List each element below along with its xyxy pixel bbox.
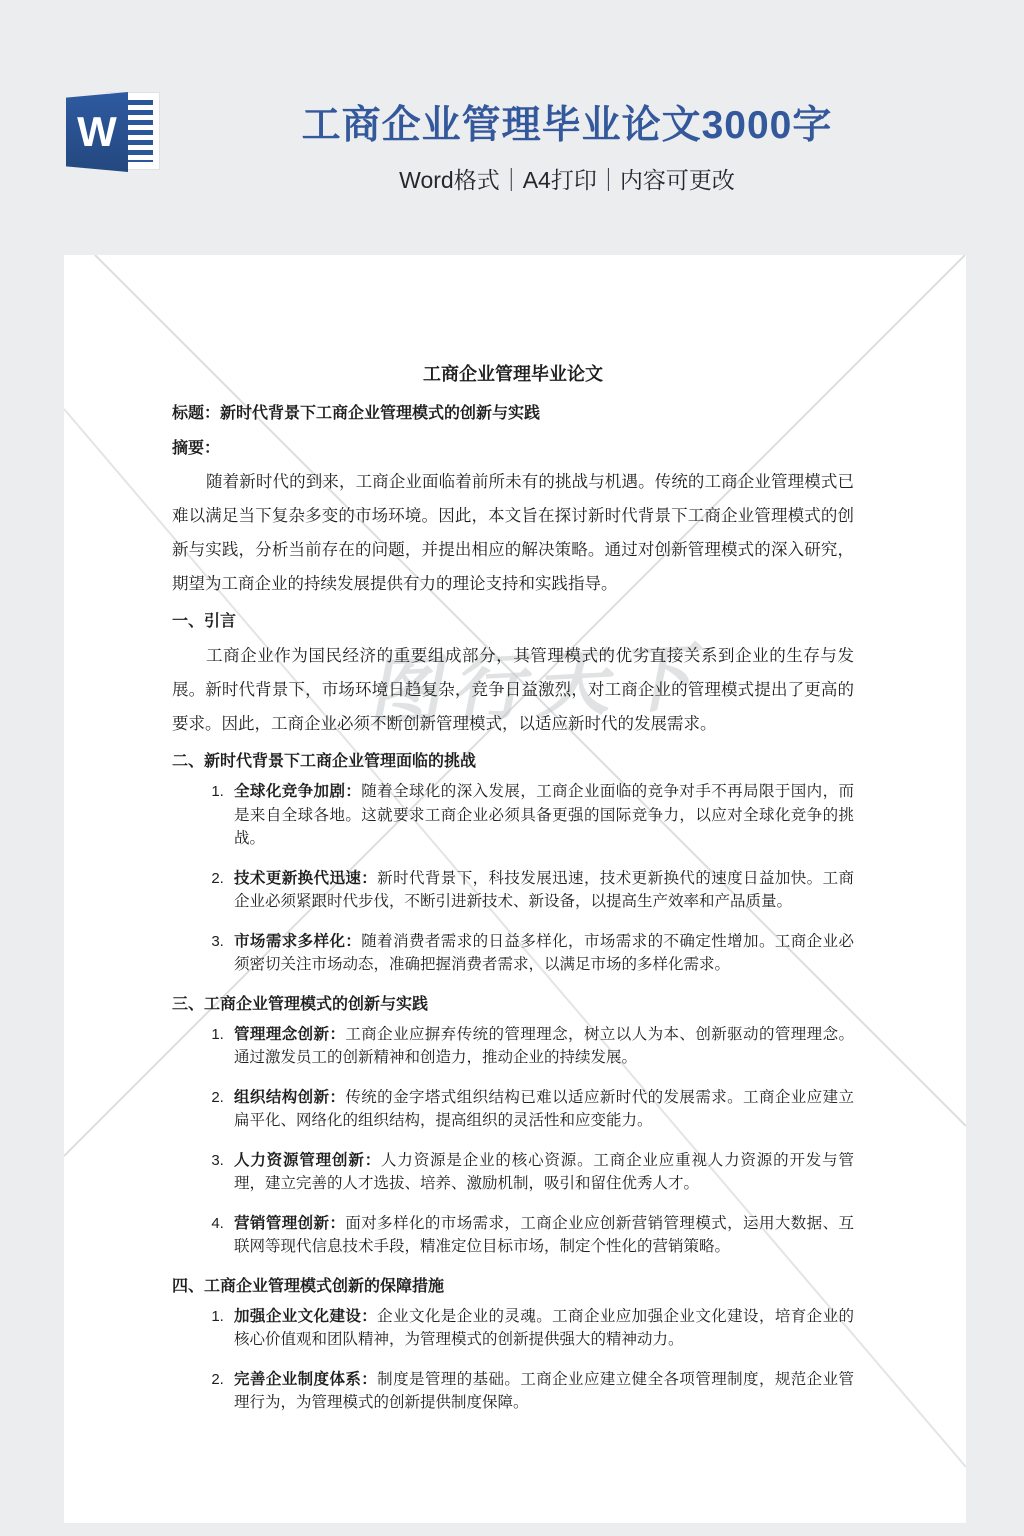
section-innovation-practice: 三、工商企业管理模式的创新与实践 管理理念创新：工商企业应摒弃传统的管理理念，树… <box>172 993 854 1259</box>
section-challenges: 二、新时代背景下工商企业管理面临的挑战 全球化竞争加剧：随着全球化的深入发展，工… <box>172 750 854 977</box>
list-item: 营销管理创新：面对多样化的市场需求，工商企业应创新营销管理模式，运用大数据、互联… <box>228 1212 854 1259</box>
innovation-list: 管理理念创新：工商企业应摒弃传统的管理理念，树立以人为本、创新驱动的管理理念。通… <box>172 1023 854 1259</box>
list-item: 技术更新换代迅速：新时代背景下，科技发展迅速，技术更新换代的速度日益加快。工商企… <box>228 867 854 914</box>
section-heading: 一、引言 <box>172 610 854 634</box>
list-item: 市场需求多样化：随着消费者需求的日益多样化，市场需求的不确定性增加。工商企业必须… <box>228 930 854 977</box>
section-safeguards: 四、工商企业管理模式创新的保障措施 加强企业文化建设：企业文化是企业的灵魂。工商… <box>172 1275 854 1415</box>
item-lead: 人力资源管理创新： <box>234 1152 381 1169</box>
section-paragraph: 工商企业作为国民经济的重要组成部分，其管理模式的优劣直接关系到企业的生存与发展。… <box>172 639 854 741</box>
document-content: 工商企业管理毕业论文 标题：新时代背景下工商企业管理模式的创新与实践 摘要： 随… <box>172 255 854 1431</box>
list-item: 人力资源管理创新：人力资源是企业的核心资源。工商企业应重视人力资源的开发与管理，… <box>228 1149 854 1196</box>
page-background: { "header": { "title": "工商企业管理毕业论文3000字"… <box>0 0 1024 1536</box>
section-heading: 三、工商企业管理模式的创新与实践 <box>172 993 854 1017</box>
page-title: 工商企业管理毕业论文3000字 <box>110 94 1024 150</box>
header: W 工商企业管理毕业论文3000字 Word格式｜A4打印｜内容可更改 <box>0 0 1024 255</box>
item-lead: 营销管理创新： <box>234 1215 345 1232</box>
section-introduction: 一、引言 工商企业作为国民经济的重要组成部分，其管理模式的优劣直接关系到企业的生… <box>172 610 854 741</box>
document-page: 图行天下 工商企业管理毕业论文 标题：新时代背景下工商企业管理模式的创新与实践 … <box>64 255 966 1523</box>
list-item: 组织结构创新：传统的金字塔式组织结构已难以适应新时代的发展需求。工商企业应建立扁… <box>228 1086 854 1133</box>
challenge-list: 全球化竞争加剧：随着全球化的深入发展，工商企业面临的竞争对手不再局限于国内，而是… <box>172 780 854 977</box>
item-lead: 完善企业制度体系： <box>234 1371 377 1388</box>
document-title: 工商企业管理毕业论文 <box>172 361 854 387</box>
header-titles: 工商企业管理毕业论文3000字 Word格式｜A4打印｜内容可更改 <box>110 94 1024 195</box>
list-item: 完善企业制度体系：制度是管理的基础。工商企业应建立健全各项管理制度，规范企业管理… <box>228 1368 854 1415</box>
list-item: 全球化竞争加剧：随着全球化的深入发展，工商企业面临的竞争对手不再局限于国内，而是… <box>228 780 854 851</box>
item-lead: 全球化竞争加剧： <box>234 783 361 800</box>
list-item: 管理理念创新：工商企业应摒弃传统的管理理念，树立以人为本、创新驱动的管理理念。通… <box>228 1023 854 1070</box>
safeguard-list: 加强企业文化建设：企业文化是企业的灵魂。工商企业应加强企业文化建设，培育企业的核… <box>172 1305 854 1415</box>
item-lead: 技术更新换代迅速： <box>234 870 377 887</box>
section-heading: 四、工商企业管理模式创新的保障措施 <box>172 1275 854 1299</box>
item-lead: 管理理念创新： <box>234 1026 345 1043</box>
item-lead: 组织结构创新： <box>234 1089 345 1106</box>
item-lead: 市场需求多样化： <box>234 933 361 950</box>
subject-label: 标题： <box>172 405 220 422</box>
page-subtitle: Word格式｜A4打印｜内容可更改 <box>110 162 1024 195</box>
subject-line: 标题：新时代背景下工商企业管理模式的创新与实践 <box>172 403 854 425</box>
abstract-label: 摘要： <box>172 438 854 460</box>
item-lead: 加强企业文化建设： <box>234 1308 377 1325</box>
section-heading: 二、新时代背景下工商企业管理面临的挑战 <box>172 750 854 774</box>
list-item: 加强企业文化建设：企业文化是企业的灵魂。工商企业应加强企业文化建设，培育企业的核… <box>228 1305 854 1352</box>
abstract-paragraph: 随着新时代的到来，工商企业面临着前所未有的挑战与机遇。传统的工商企业管理模式已难… <box>172 465 854 601</box>
subject-text: 新时代背景下工商企业管理模式的创新与实践 <box>220 405 540 422</box>
